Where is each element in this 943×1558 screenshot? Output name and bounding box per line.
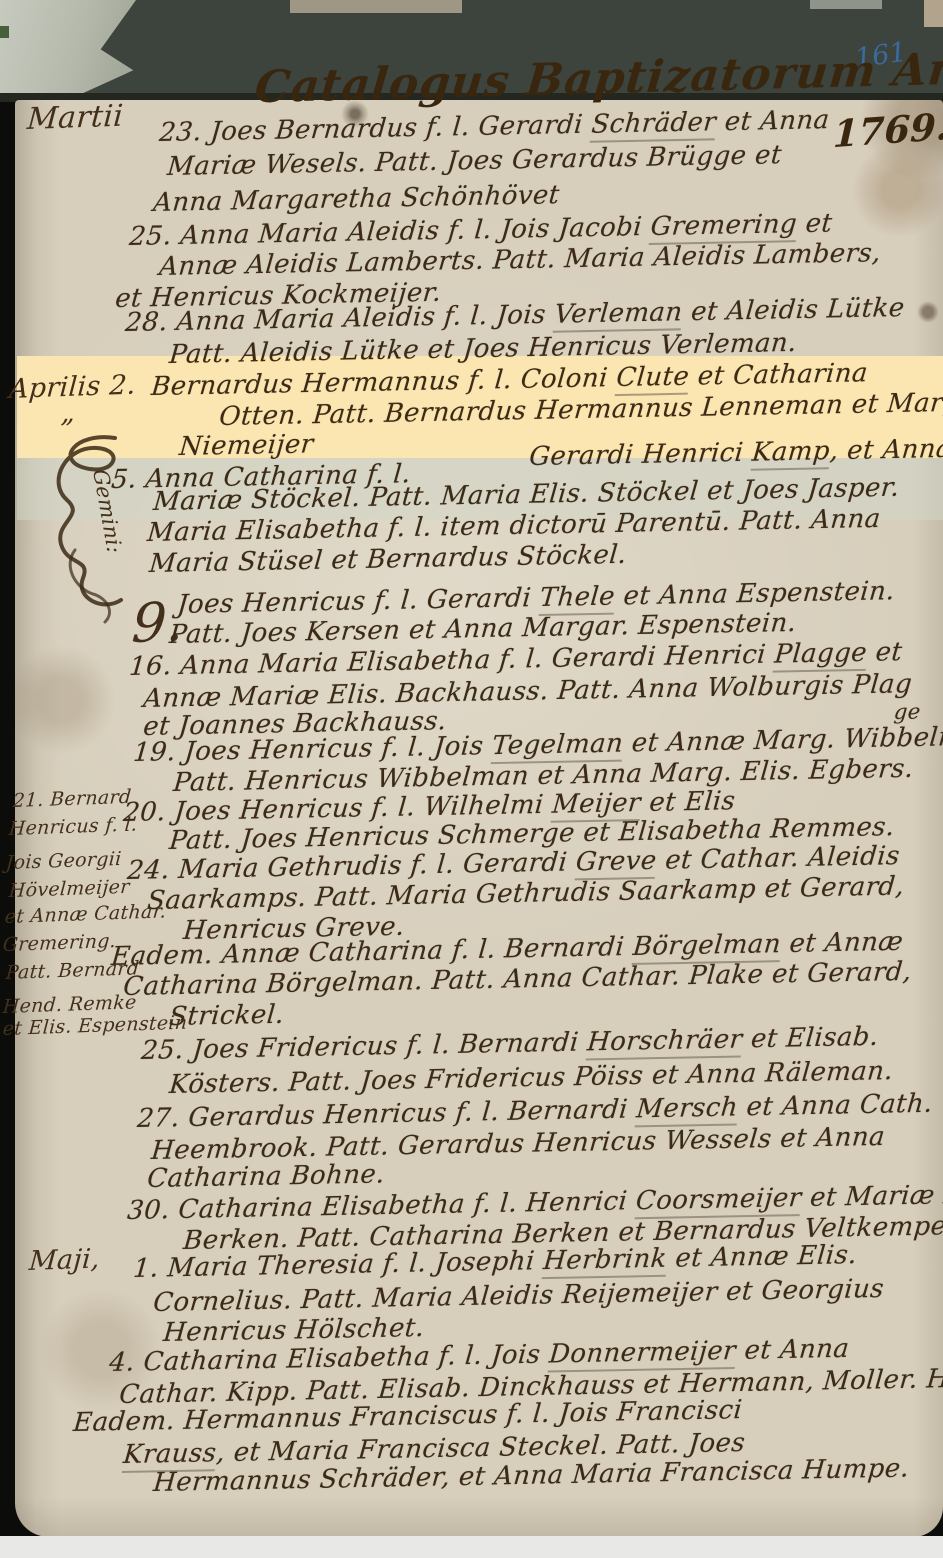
margin-note: et Annæ Cathar. bbox=[4, 900, 167, 928]
register-entry-line: Niemeijer bbox=[178, 429, 315, 462]
margin-note: Maji, bbox=[28, 1243, 101, 1277]
binding-patch bbox=[924, 0, 943, 27]
underlined-surname: Horschräer bbox=[586, 1024, 744, 1060]
scanned-register-page: 161 Catalogus Baptizatorum Anno 1769. Ma… bbox=[0, 0, 943, 1558]
underlined-surname: Mersch bbox=[635, 1092, 739, 1127]
margin-note: Hövelmeijer bbox=[8, 876, 130, 902]
register-entry-line: Mariæ Wesels. Patt. Joes Gerardus Brügge… bbox=[166, 140, 783, 182]
binding-tape-patch bbox=[0, 0, 136, 95]
manuscript-paper: 161 Catalogus Baptizatorum Anno 1769. Ma… bbox=[15, 100, 943, 1537]
margin-note: Jois Georgii bbox=[5, 848, 122, 874]
margin-note: Gremering. bbox=[2, 930, 117, 956]
underlined-surname: Plagge bbox=[773, 638, 868, 673]
margin-note: „ bbox=[60, 397, 76, 429]
margin-note: 21. Bernard bbox=[12, 786, 132, 812]
register-entry-line: Anna Margaretha Schönhövet bbox=[152, 180, 561, 218]
underlined-surname: Kamp bbox=[751, 436, 832, 471]
margin-note: Henricus f. l. bbox=[8, 813, 138, 840]
binding-patch bbox=[810, 0, 882, 9]
underlined-surname: Verleman bbox=[553, 297, 684, 333]
binding-patch bbox=[290, 0, 462, 13]
underlined-surname: Schräder bbox=[590, 107, 718, 142]
page-year: 1769. bbox=[832, 104, 943, 156]
binding-color-sliver bbox=[0, 26, 9, 38]
scanner-bottom-strip bbox=[0, 1536, 943, 1558]
margin-note: Martii bbox=[26, 99, 124, 137]
register-entry-line: ge bbox=[893, 699, 922, 724]
underlined-surname: Clute bbox=[615, 362, 691, 396]
register-entry-line: Catharina Bohne. bbox=[146, 1159, 386, 1194]
underlined-surname: Greve bbox=[574, 846, 657, 881]
underlined-surname: Donnermeijer bbox=[548, 1336, 738, 1373]
register-entry-line: Strickel. bbox=[168, 1000, 285, 1032]
underlined-surname: Herbrink bbox=[542, 1244, 668, 1279]
